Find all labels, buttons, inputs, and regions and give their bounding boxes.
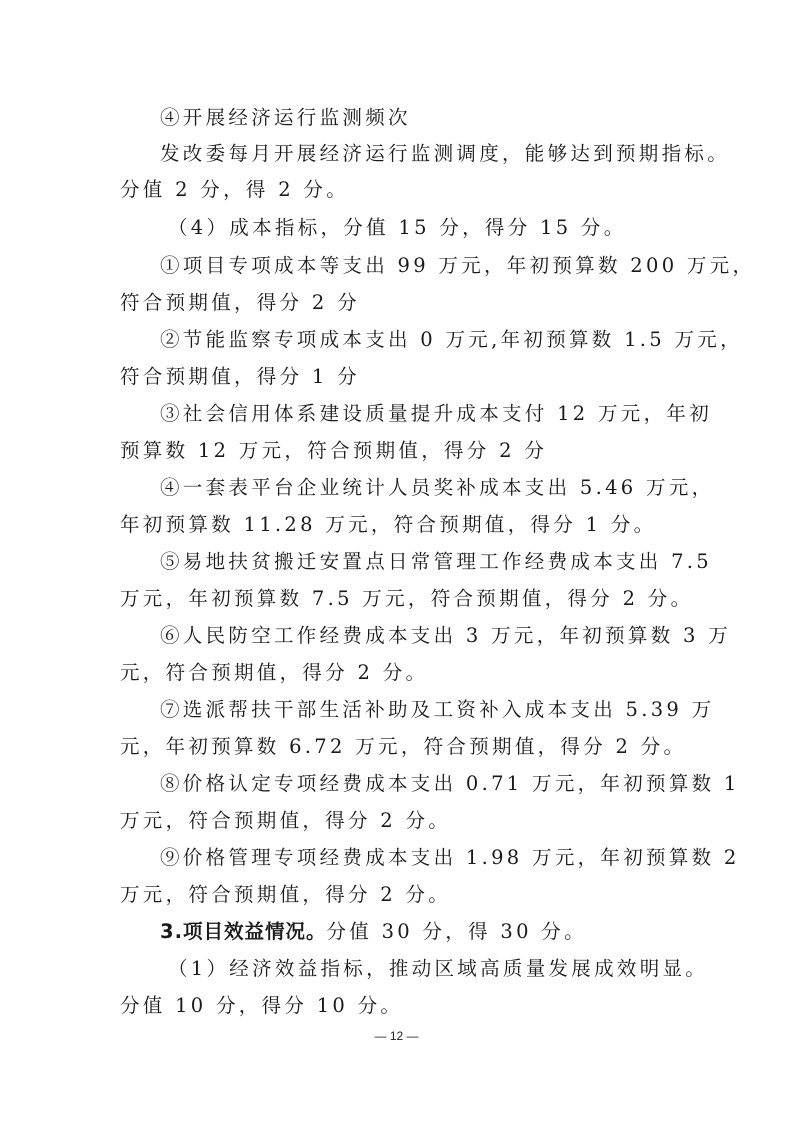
- paragraph-line: ③社会信用体系建设质量提升成本支付 12 万元，年初: [160, 396, 712, 432]
- paragraph-line: ⑥人民防空工作经费成本支出 3 万元，年初预算数 3 万: [160, 618, 731, 654]
- paragraph-line: 万元，符合预期值，得分 2 分。: [120, 803, 451, 839]
- paragraph-line: 分值 2 分，得 2 分。: [120, 172, 349, 208]
- paragraph-line: ⑧价格认定专项经费成本支出 0.71 万元，年初预算数 1: [160, 766, 740, 802]
- paragraph-line: 预算数 12 万元，符合预期值，得分 2 分: [120, 433, 547, 469]
- paragraph-line: ②节能监察专项成本支出 0 万元,年初预算数 1.5 万元，: [160, 322, 743, 358]
- paragraph-line: ④一套表平台企业统计人员奖补成本支出 5.46 万元，: [160, 470, 714, 506]
- paragraph-line: 万元，符合预期值，得分 2 分。: [120, 877, 451, 913]
- section-score: 分值 30 分，得 30 分。: [326, 920, 586, 943]
- paragraph-line: ①项目专项成本等支出 99 万元，年初预算数 200 万元，: [160, 248, 755, 284]
- paragraph-line: ⑨价格管理专项经费成本支出 1.98 万元，年初预算数 2: [160, 840, 740, 876]
- paragraph-line: （1）经济效益指标，推动区域高质量发展成效明显。: [168, 951, 708, 987]
- paragraph-line: （4）成本指标，分值 15 分，得分 15 分。: [168, 210, 627, 246]
- paragraph-line: 发改委每月开展经济运行监测调度，能够达到预期指标。: [160, 136, 730, 172]
- paragraph-line: 元，符合预期值，得分 2 分。: [120, 655, 428, 691]
- paragraph-line: 年初预算数 11.28 万元，符合预期值，得分 1 分。: [120, 507, 656, 543]
- page-number: — 12 —: [0, 1029, 793, 1043]
- paragraph-line: 符合预期值，得分 1 分: [120, 359, 360, 395]
- paragraph-line: ⑤易地扶贫搬迁安置点日常管理工作经费成本支出 7.5: [160, 544, 712, 580]
- paragraph-line: ⑦选派帮扶干部生活补助及工资补入成本支出 5.39 万: [160, 692, 714, 728]
- section-heading-line: 3.项目效益情况。分值 30 分，得 30 分。: [160, 914, 587, 950]
- paragraph-line: ④开展经济运行监测频次: [160, 100, 411, 136]
- paragraph-line: 分值 10 分，得分 10 分。: [120, 988, 403, 1024]
- paragraph-line: 万元，年初预算数 7.5 万元，符合预期值，得分 2 分。: [120, 581, 693, 617]
- paragraph-line: 元，年初预算数 6.72 万元，符合预期值，得分 2 分。: [120, 729, 686, 765]
- paragraph-line: 符合预期值，得分 2 分: [120, 285, 360, 321]
- section-heading: 3.项目效益情况。: [160, 920, 326, 943]
